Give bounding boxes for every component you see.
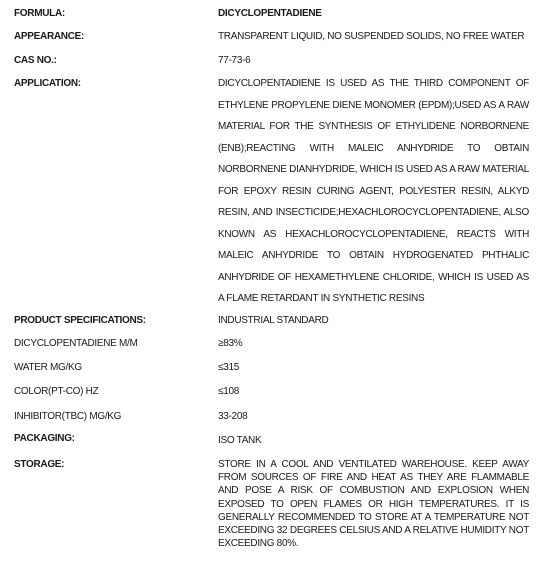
packaging-label: PACKAGING: xyxy=(14,433,75,445)
color-label: COLOR(PT-CO) HZ xyxy=(14,386,98,398)
application-label: APPLICATION: xyxy=(14,78,81,90)
inhibitor-label: INHIBITOR(TBC) MG/KG xyxy=(14,411,121,423)
dcpd-value: ≥83% xyxy=(218,338,529,350)
appearance-value: TRANSPARENT LIQUID, NO SUSPENDED SOLIDS,… xyxy=(218,31,529,43)
cas-value: 77-73-6 xyxy=(218,55,529,67)
water-value: ≤315 xyxy=(218,362,529,374)
formula-value: DICYCLOPENTADIENE xyxy=(218,8,529,20)
cas-label: CAS NO.: xyxy=(14,55,57,67)
formula-label: FORMULA: xyxy=(14,8,65,20)
dcpd-label: DICYCLOPENTADIENE M/M xyxy=(14,338,138,350)
water-label: WATER MG/KG xyxy=(14,362,82,374)
storage-label: STORAGE: xyxy=(14,459,64,471)
storage-value: STORE IN A COOL AND VENTILATED WAREHOUSE… xyxy=(218,458,529,550)
packaging-value: ISO TANK xyxy=(218,435,529,447)
color-value: ≤108 xyxy=(218,386,529,398)
specs-label: PRODUCT SPECIFICATIONS: xyxy=(14,315,146,327)
appearance-label: APPEARANCE: xyxy=(14,31,84,43)
specs-value: INDUSTRIAL STANDARD xyxy=(218,315,529,327)
inhibitor-value: 33-208 xyxy=(218,411,529,423)
application-value: DICYCLOPENTADIENE IS USED AS THE THIRD C… xyxy=(218,73,529,310)
